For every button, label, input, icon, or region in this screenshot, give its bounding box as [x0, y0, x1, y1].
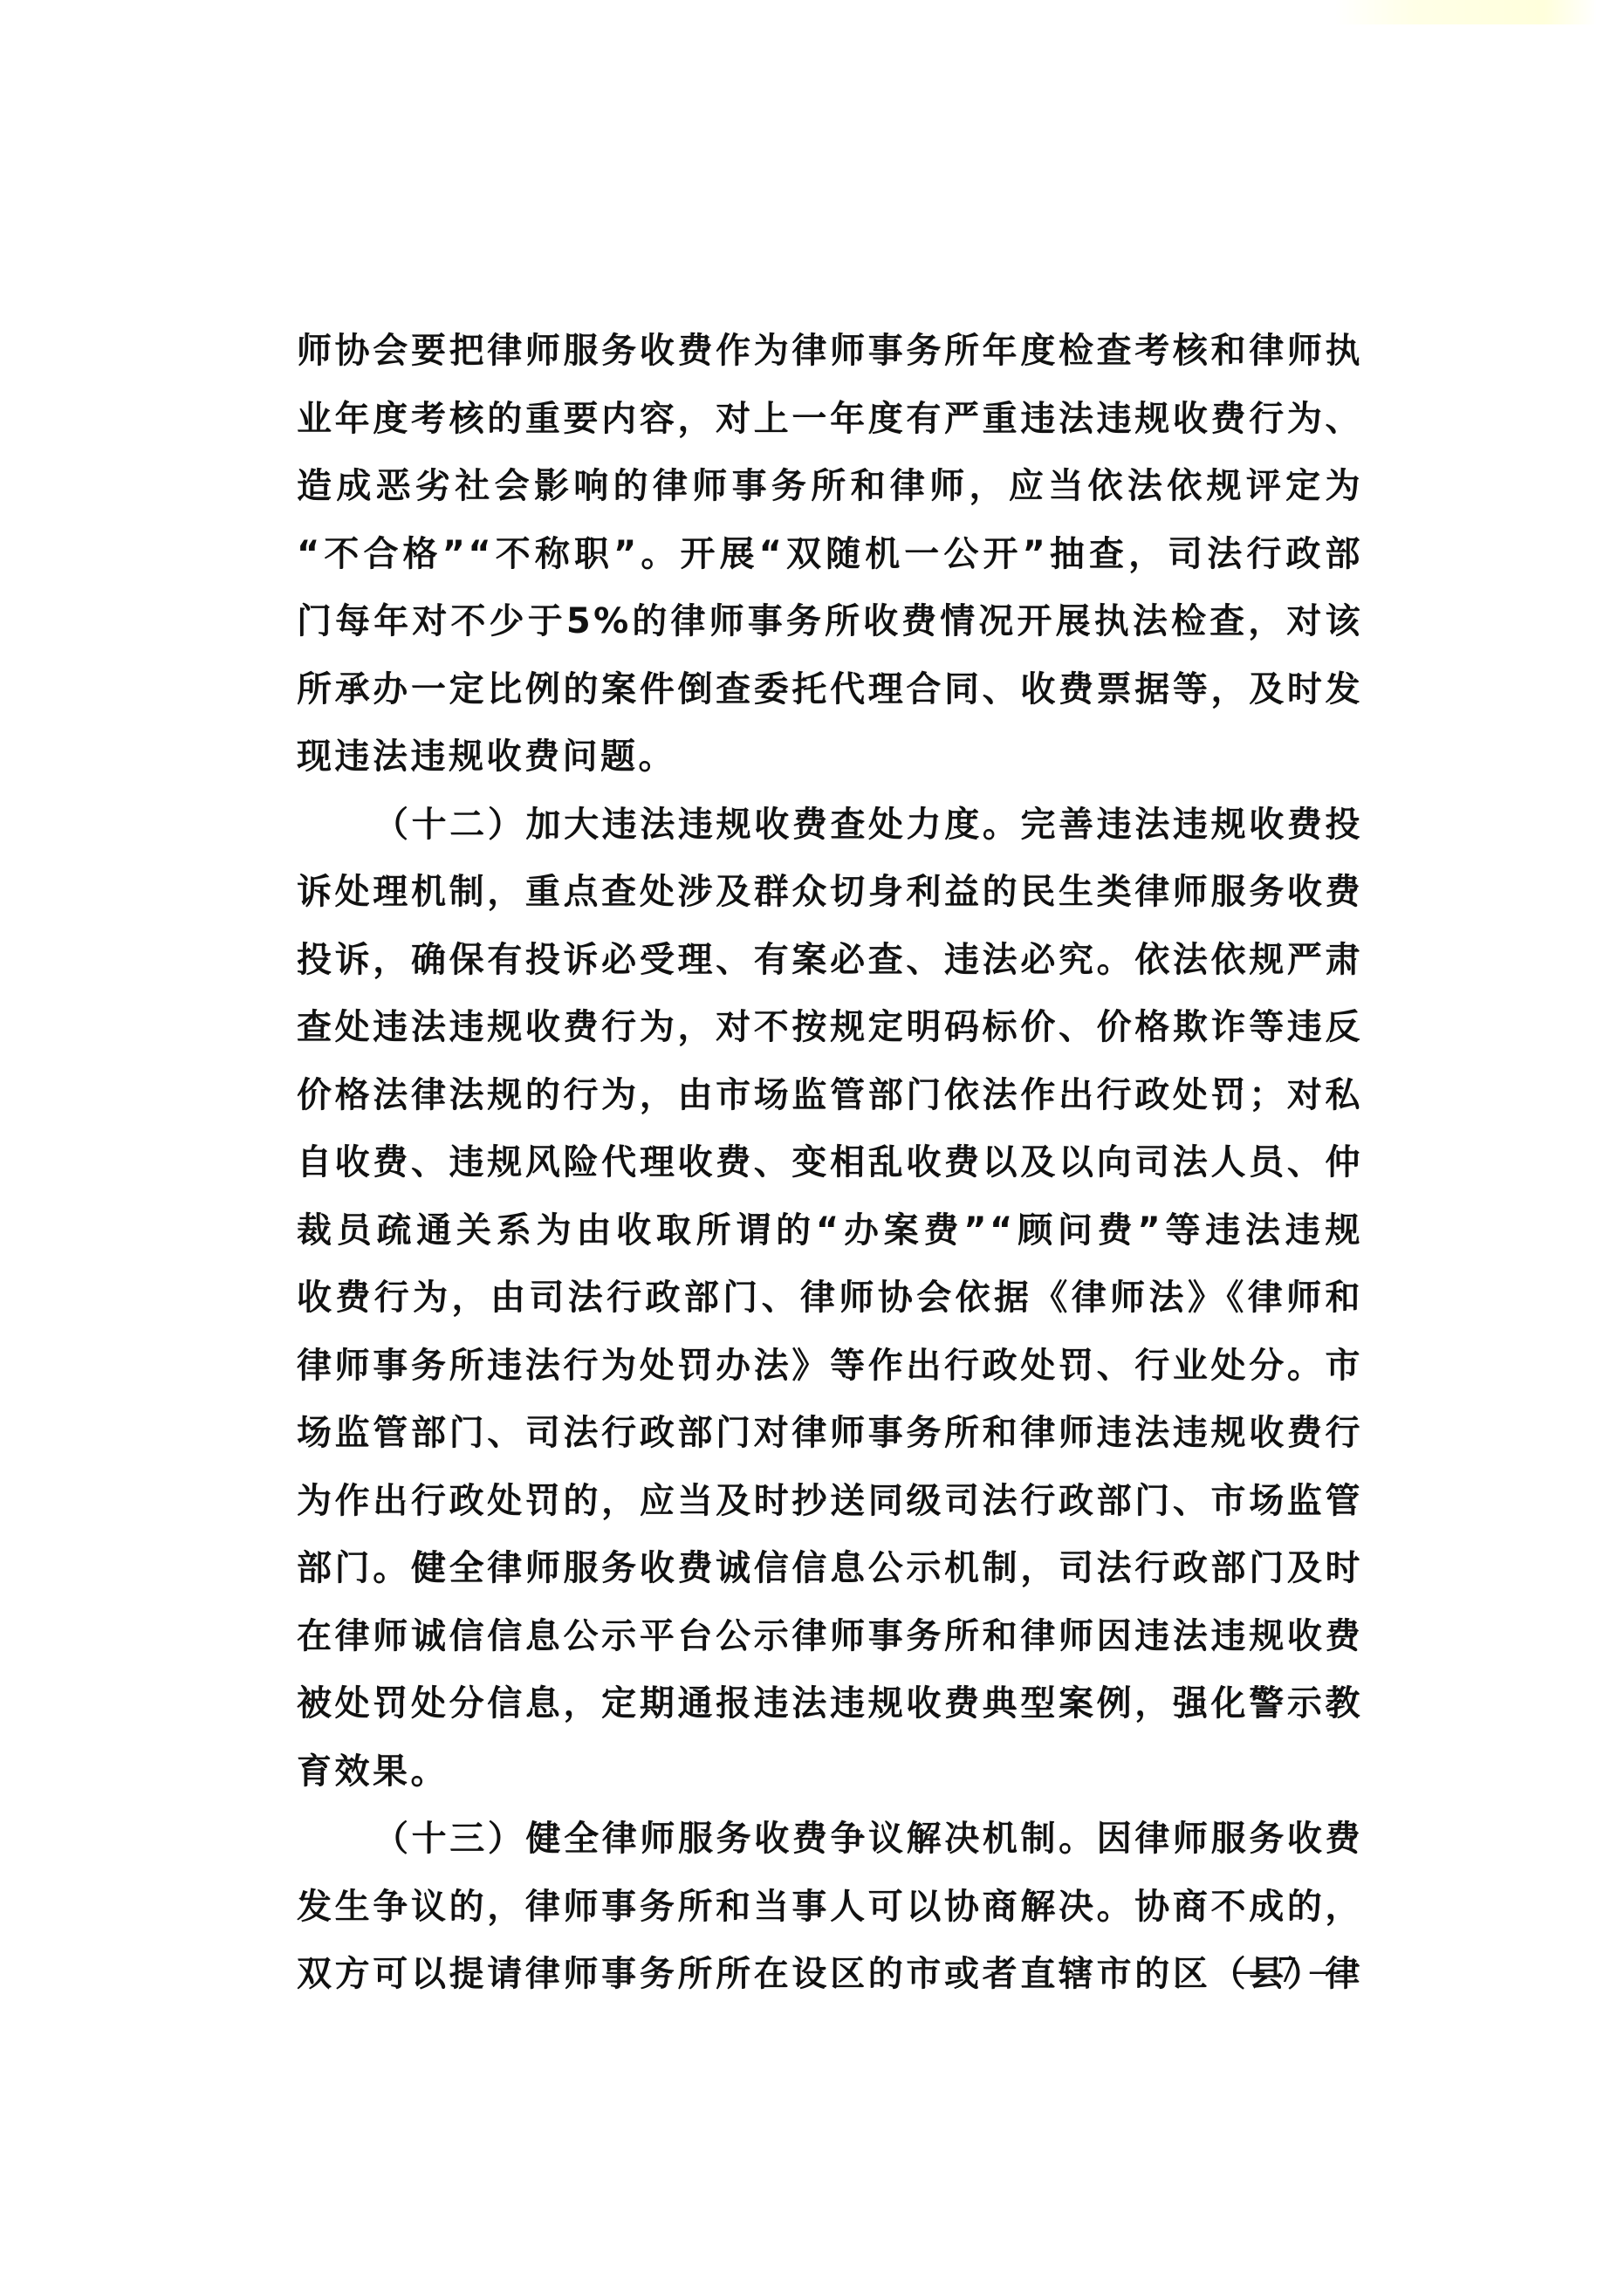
text-line: 场监管部门、司法行政部门对律师事务所和律师违法违规收费行 — [297, 1400, 1363, 1468]
text-line: 所承办一定比例的案件倒查委托代理合同、收费票据等，及时发 — [297, 656, 1363, 724]
page-number: — 7 — — [1213, 1950, 1361, 1991]
document-body: 师协会要把律师服务收费作为律师事务所年度检查考核和律师执 业年度考核的重要内容，… — [297, 318, 1370, 2009]
text-line: 投诉，确保有投诉必受理、有案必查、违法必究。依法依规严肃 — [297, 927, 1363, 995]
text-line: 收费行为，由司法行政部门、律师协会依据《律师法》《律师和 — [297, 1265, 1363, 1333]
text-line: 双方可以提请律师事务所所在设区的市或者直辖市的区（县）律 — [297, 1941, 1363, 2009]
text-line: 造成恶劣社会影响的律师事务所和律师，应当依法依规评定为 — [297, 453, 1363, 521]
text-line: 业年度考核的重要内容，对上一年度有严重违法违规收费行为、 — [297, 386, 1363, 454]
text-line: 查处违法违规收费行为，对不按规定明码标价、价格欺诈等违反 — [297, 994, 1363, 1062]
text-line: 裁员疏通关系为由收取所谓的“办案费”“顾问费”等违法违规 — [297, 1197, 1363, 1265]
text-line: “不合格”“不称职”。开展“双随机一公开”抽查，司法行政部 — [297, 521, 1363, 589]
text-line: 为作出行政处罚的，应当及时抄送同级司法行政部门、市场监管 — [297, 1468, 1363, 1536]
section-heading-12: （十二）加大违法违规收费查处力度。完善违法违规收费投 — [297, 792, 1363, 860]
text-line: 现违法违规收费问题。 — [297, 723, 1363, 792]
text-line: 诉处理机制，重点查处涉及群众切身利益的民生类律师服务收费 — [297, 859, 1363, 927]
scan-artifact — [1335, 0, 1597, 24]
text-line: 价格法律法规的行为，由市场监管部门依法作出行政处罚；对私 — [297, 1062, 1363, 1130]
text-line: 部门。健全律师服务收费诚信信息公示机制，司法行政部门及时 — [297, 1535, 1363, 1603]
text-line: 自收费、违规风险代理收费、变相乱收费以及以向司法人员、仲 — [297, 1129, 1363, 1197]
text-line: 师协会要把律师服务收费作为律师事务所年度检查考核和律师执 — [297, 318, 1363, 386]
text-line: 被处罚处分信息，定期通报违法违规收费典型案例，强化警示教 — [297, 1670, 1363, 1738]
text-line: 律师事务所违法行为处罚办法》等作出行政处罚、行业处分。市 — [297, 1333, 1363, 1401]
section-heading-13: （十三）健全律师服务收费争议解决机制。因律师服务收费 — [297, 1806, 1363, 1874]
text-line: 门每年对不少于5%的律师事务所收费情况开展执法检查，对该 — [297, 588, 1363, 656]
text-line: 发生争议的，律师事务所和当事人可以协商解决。协商不成的， — [297, 1874, 1363, 1942]
text-line: 育效果。 — [297, 1738, 1363, 1806]
text-line: 在律师诚信信息公示平台公示律师事务所和律师因违法违规收费 — [297, 1603, 1363, 1671]
